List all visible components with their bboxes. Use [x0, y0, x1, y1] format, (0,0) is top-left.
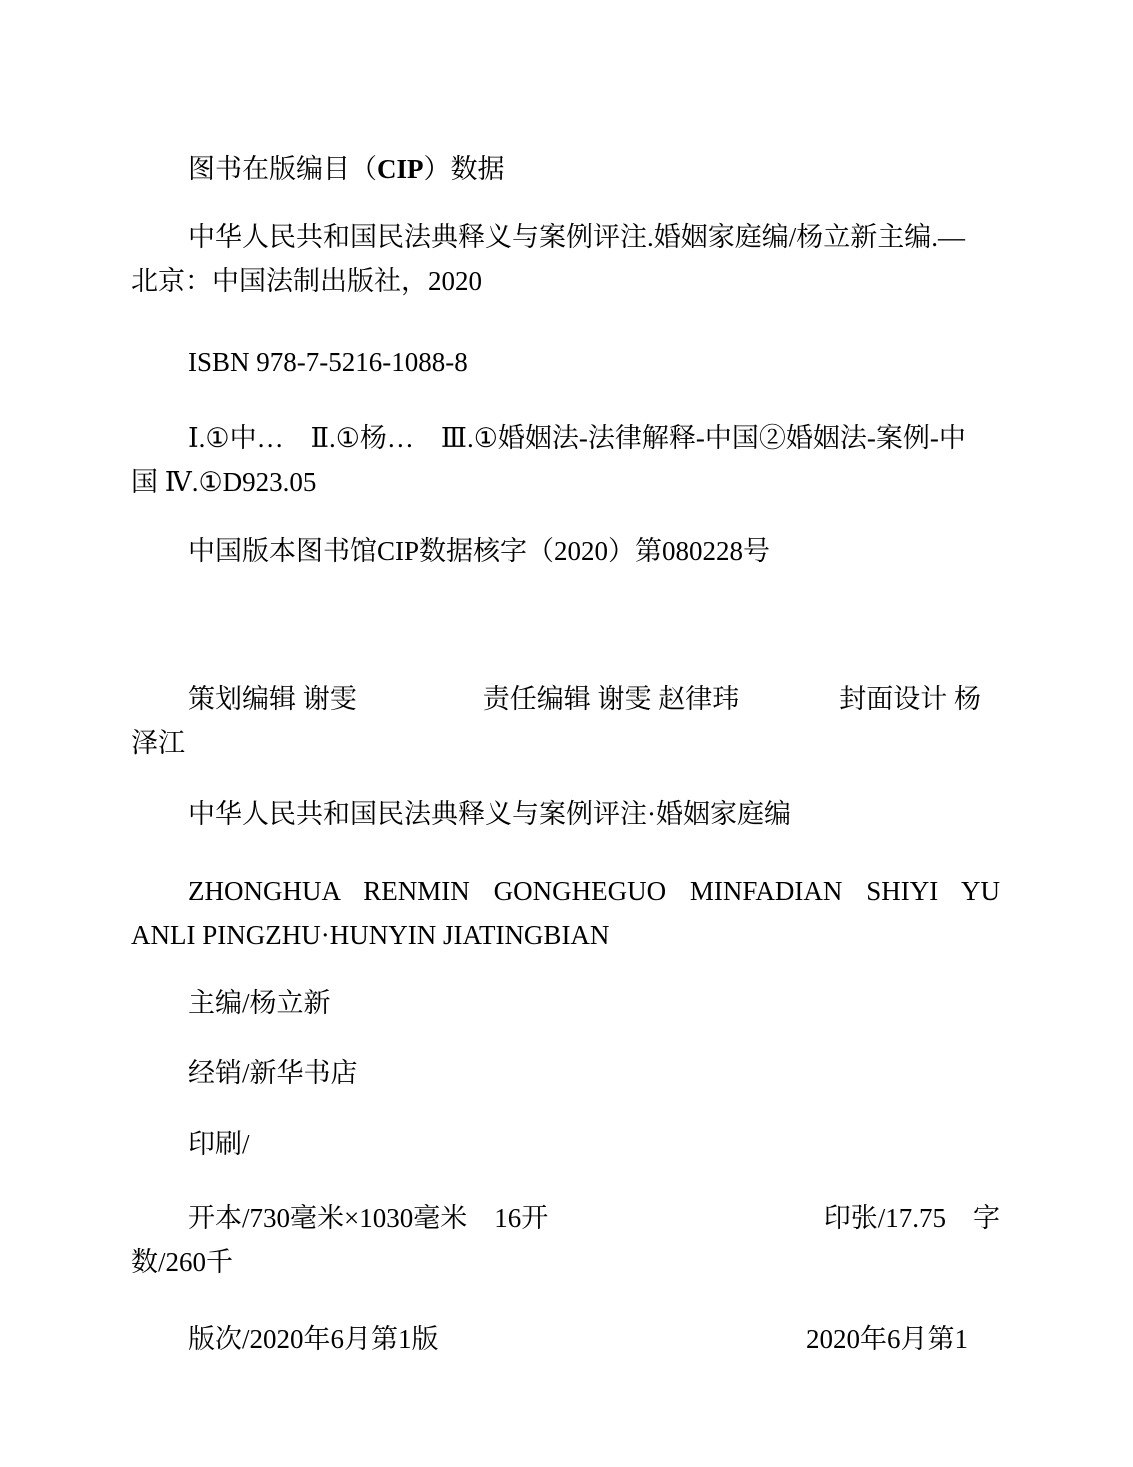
- classification-line1: Ⅰ.①中… Ⅱ.①杨… Ⅲ.①婚姻法-法律解释-中国②婚姻法-案例-中: [188, 423, 966, 453]
- isbn-line: ISBN 978-7-5216-1088-8: [131, 340, 1000, 384]
- title-statement-line2: 北京：中国法制出版社，2020: [131, 266, 482, 296]
- staff-credits: 策划编辑 谢雯责任编辑 谢雯 赵律玮封面设计 杨泽江: [131, 677, 1000, 765]
- printing-run-info: 2020年6月第1: [806, 1317, 968, 1361]
- classification: Ⅰ.①中… Ⅱ.①杨… Ⅲ.①婚姻法-法律解释-中国②婚姻法-案例-中国 Ⅳ.①…: [131, 416, 1000, 504]
- format-sheets: 印张/17.75 字: [824, 1196, 1000, 1240]
- title-statement: 中华人民共和国民法典释义与案例评注.婚姻家庭编/杨立新主编.—北京：中国法制出版…: [131, 215, 1000, 303]
- title-statement-line1: 中华人民共和国民法典释义与案例评注.婚姻家庭编/杨立新主编.—: [188, 222, 965, 252]
- edition-line: 版次/2020年6月第1版2020年6月第1: [131, 1317, 1000, 1361]
- format-wordcount-wrap: 数/260千: [131, 1240, 1000, 1284]
- format-block: 开本/730毫米×1030毫米 16开印张/17.75 字 数/260千: [131, 1196, 1000, 1284]
- distribution-line: 经销/新华书店: [131, 1051, 1000, 1095]
- format-size: 开本/730毫米×1030毫米 16开: [188, 1196, 548, 1240]
- pinyin-line2: ANLI PINGZHU·HUNYIN JIATINGBIAN: [131, 913, 1000, 957]
- classification-line2: 国 Ⅳ.①D923.05: [131, 467, 316, 497]
- format-line: 开本/730毫米×1030毫米 16开印张/17.75 字: [131, 1196, 1000, 1240]
- cip-header-prefix: 图书在版编目（: [188, 154, 377, 184]
- cip-header: 图书在版编目（CIP）数据: [131, 147, 1000, 191]
- edition-info: 版次/2020年6月第1版: [188, 1317, 439, 1361]
- book-title-pinyin: ZHONGHUA RENMIN GONGHEGUO MINFADIAN SHIY…: [131, 869, 1000, 957]
- cip-header-acronym: CIP: [377, 154, 424, 184]
- chief-editor-line: 主编/杨立新: [131, 981, 1000, 1025]
- cip-record-number: 中国版本图书馆CIP数据核字（2020）第080228号: [131, 529, 1000, 573]
- book-copyright-page: 图书在版编目（CIP）数据 中华人民共和国民法典释义与案例评注.婚姻家庭编/杨立…: [0, 0, 1133, 1467]
- planning-editor: 策划编辑 谢雯: [188, 684, 357, 714]
- duty-editor: 责任编辑 谢雯 赵律玮: [483, 684, 740, 714]
- printing-line: 印刷/: [131, 1122, 1000, 1166]
- book-title-chinese: 中华人民共和国民法典释义与案例评注·婚姻家庭编: [131, 792, 1000, 836]
- pinyin-line1: ZHONGHUA RENMIN GONGHEGUO MINFADIAN SHIY…: [131, 869, 1000, 913]
- cip-header-suffix: ）数据: [424, 154, 505, 184]
- copyright-page-content: 图书在版编目（CIP）数据 中华人民共和国民法典释义与案例评注.婚姻家庭编/杨立…: [0, 147, 1133, 1361]
